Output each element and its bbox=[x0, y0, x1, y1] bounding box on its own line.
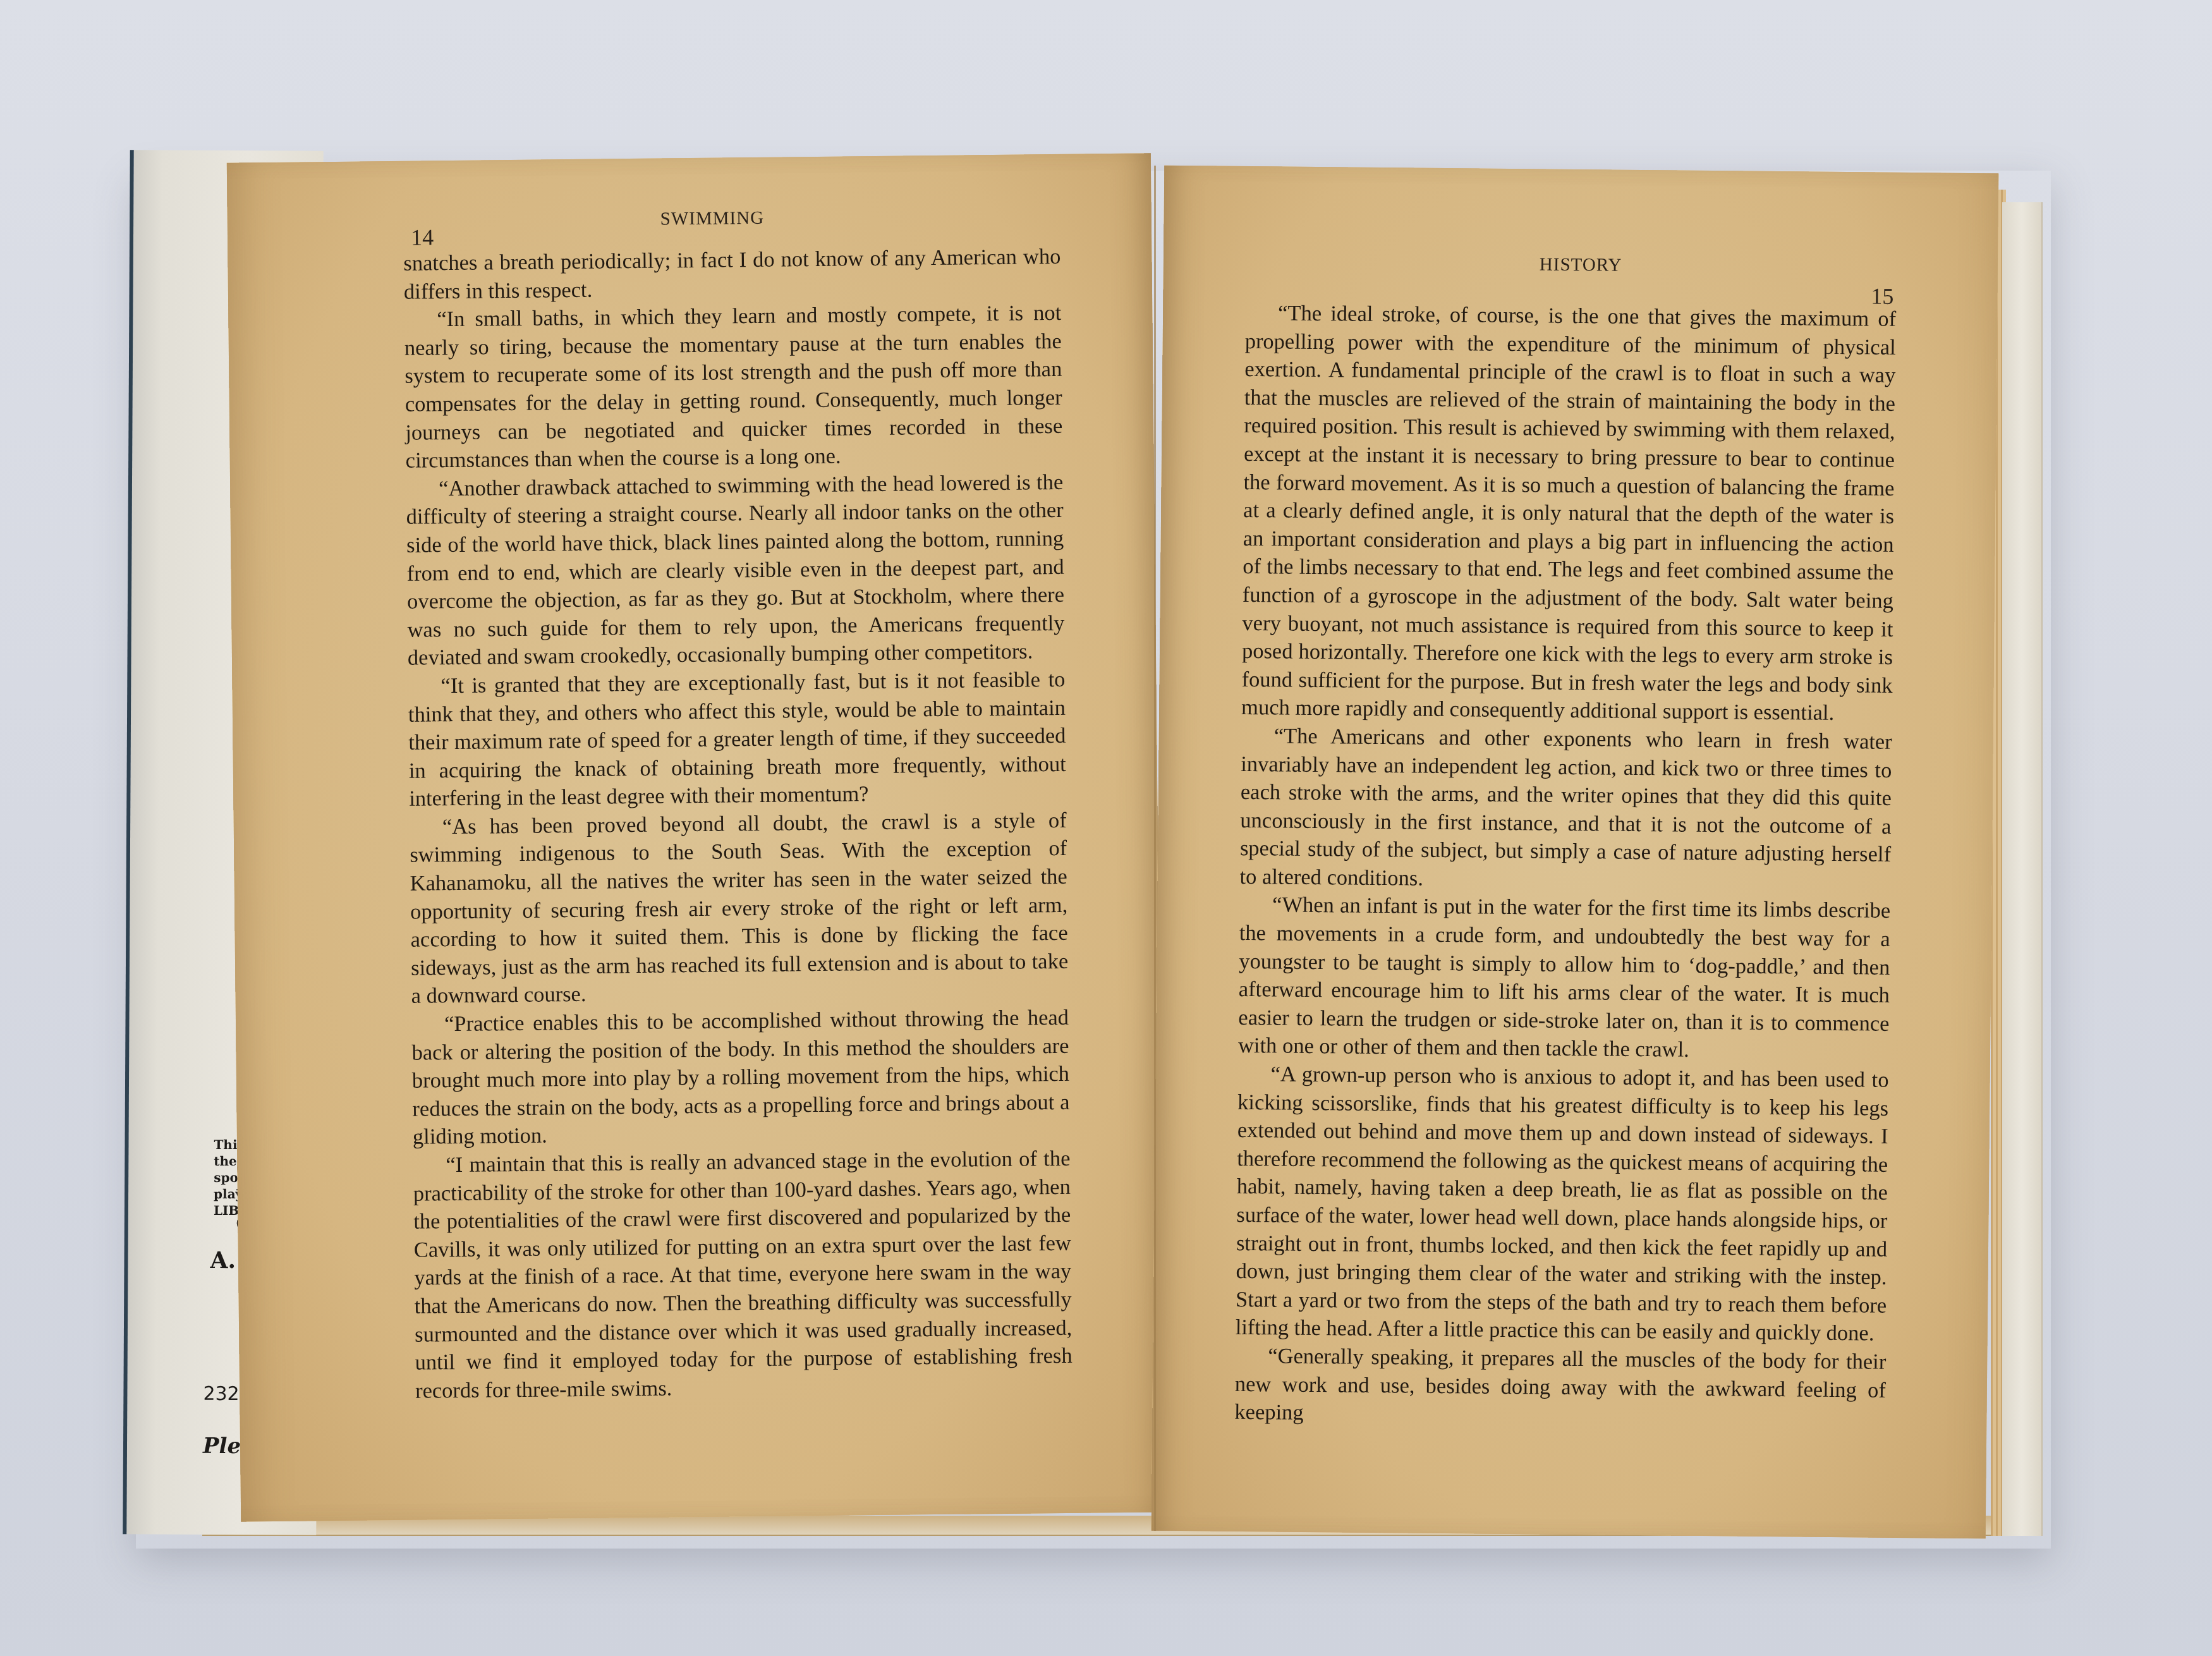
paragraph: “As has been proved beyond all doubt, th… bbox=[410, 807, 1069, 1011]
paragraph: snatches a breath periodically; in fact … bbox=[403, 243, 1061, 306]
paragraph: “The ideal stroke, of course, is the one… bbox=[1241, 299, 1896, 728]
paragraph: “The Americans and other exponents who l… bbox=[1239, 722, 1892, 897]
dust-jacket-flap-right bbox=[2002, 202, 2043, 1536]
left-page: 14 SWIMMING snatches a breath periodical… bbox=[227, 153, 1165, 1521]
book-gutter bbox=[1154, 166, 1156, 1531]
paragraph: “I maintain that this is really an advan… bbox=[413, 1145, 1073, 1405]
page-number-left: 14 bbox=[411, 224, 434, 250]
paragraph: “In small baths, in which they learn and… bbox=[404, 299, 1063, 475]
paragraph: “It is granted that they are exceptional… bbox=[408, 666, 1066, 813]
right-page-body: “The ideal stroke, of course, is the one… bbox=[1234, 299, 1896, 1433]
left-page-body: snatches a breath periodically; in fact … bbox=[403, 243, 1073, 1405]
jacket-publisher-initial: A. bbox=[210, 1247, 236, 1274]
jacket-number: 232 bbox=[203, 1383, 239, 1405]
paragraph: “Generally speaking, it prepares all the… bbox=[1234, 1342, 1886, 1433]
running-head-left: SWIMMING bbox=[660, 208, 765, 230]
paragraph: “When an infant is put in the water for … bbox=[1238, 891, 1891, 1066]
right-page: HISTORY 15 “The ideal stroke, of course,… bbox=[1152, 166, 1999, 1539]
paragraph: “A grown-up person who is anxious to ado… bbox=[1236, 1060, 1889, 1348]
paragraph: “Another drawback attached to swimming w… bbox=[406, 468, 1065, 673]
running-head-right: HISTORY bbox=[1540, 254, 1622, 276]
paragraph: “Practice enables this to be accomplishe… bbox=[411, 1004, 1070, 1152]
